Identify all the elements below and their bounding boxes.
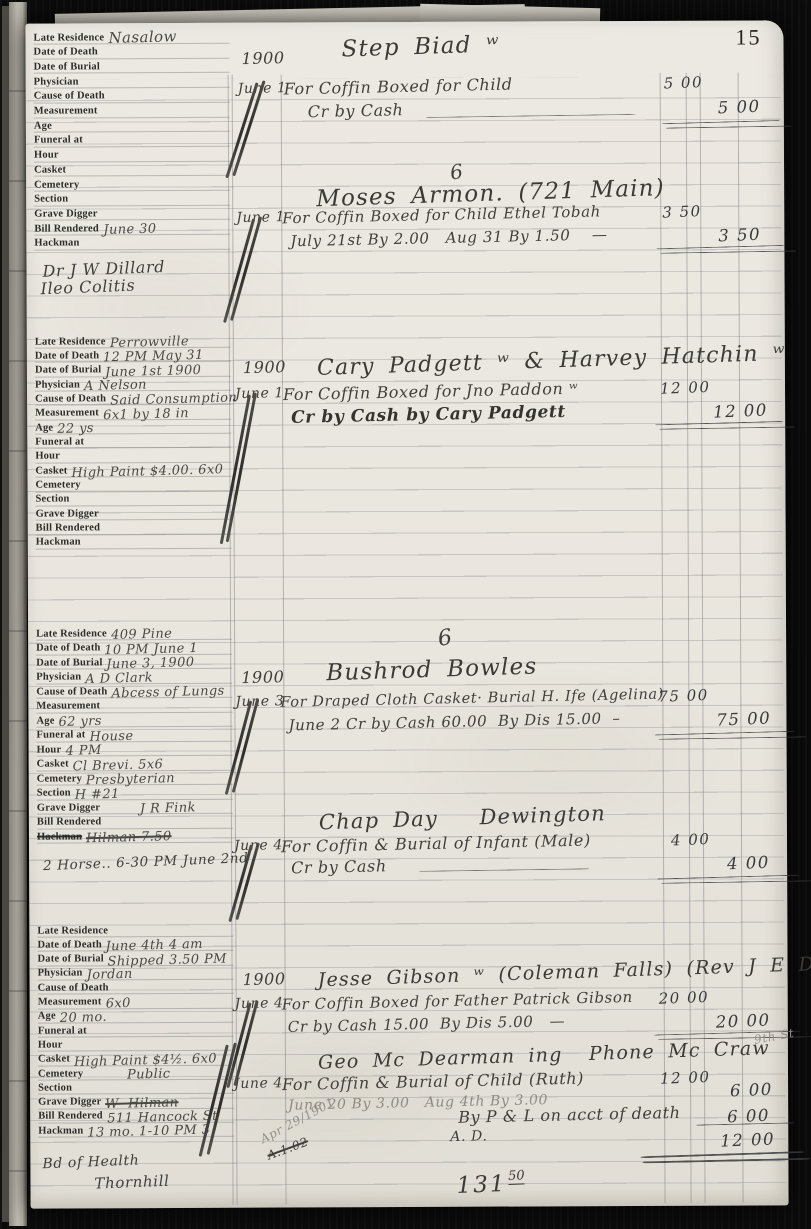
form-row: Hackman <box>34 236 230 251</box>
form-value: Nasalow <box>108 29 177 46</box>
form-row: Late ResidenceNasalow <box>33 30 229 45</box>
form-label: Hackman <box>36 538 81 549</box>
form-row: Age <box>34 118 230 133</box>
form-value: Hilman 7.50 <box>86 830 172 845</box>
form-row: Hackman <box>36 535 232 550</box>
sum-rule <box>655 421 783 425</box>
form-label: Date of Death <box>34 48 98 59</box>
debit-amount: 75 00 <box>658 688 709 705</box>
form-row: Date of Burial <box>34 59 230 74</box>
form-label: Funeral at <box>37 730 86 741</box>
form-label: Cause of Death <box>34 92 105 103</box>
entry-year: 1900 <box>242 971 285 988</box>
form-row: PhysicianA D Clark <box>36 669 232 684</box>
debit-amount: 12 00 <box>660 1070 711 1087</box>
form-label: Date of Death <box>36 643 100 654</box>
form-label: Bill Rendered <box>34 224 99 235</box>
entry-description: For Coffin Boxed for Child Ethel Tobah <box>282 204 601 226</box>
form-label: Hour <box>37 745 62 756</box>
form-row: Age62 yrs <box>36 713 232 728</box>
form-row: Late Residence <box>37 923 233 938</box>
form-row: Bill Rendered511 Hancock St <box>38 1109 234 1124</box>
form-label: Cause of Death <box>35 394 106 405</box>
form-row: Funeral atHouse <box>36 727 232 742</box>
form-label: Measurement <box>34 106 98 117</box>
entry-description: For Coffin & Burial of Child (Ruth) <box>282 1071 584 1094</box>
credit-amount: 6 00 <box>730 1082 773 1100</box>
form-label: Physician <box>38 969 83 980</box>
credit-amount: 4 00 <box>727 855 770 873</box>
debit-amount: 3 50 <box>662 204 702 221</box>
form-row: Cause of DeathSaid Consumption <box>35 391 231 406</box>
form-label: Date of Burial <box>34 62 100 73</box>
form-label: Bill Rendered <box>37 817 102 828</box>
form-row: Funeral at <box>34 133 230 148</box>
credit-amount: 12 00 <box>720 1131 775 1150</box>
form-row: Age20 mo. <box>38 1009 234 1024</box>
form-row: Date of BurialJune 3, 1900 <box>36 655 232 670</box>
form-label: Date of Death <box>37 940 101 951</box>
credit-amount: 3 50 <box>718 227 761 245</box>
entry-date: June 4 <box>234 1076 283 1091</box>
entry-name: Cary Padgett ʷ & Harvey Hatchin ʷ <box>317 343 787 380</box>
form-row: Cemetery <box>35 477 231 492</box>
entry-description: June 2 Cr by Cash 60.00 By Dis 15.00 – <box>288 711 620 733</box>
form-label: Hackman <box>38 1126 83 1137</box>
form-row: Measurement6x0 <box>38 994 234 1009</box>
extra-note: Ileo Colitis <box>40 278 135 298</box>
form-label: Grave Digger <box>36 509 99 520</box>
form-row: Grave DiggerJ R Fink <box>37 800 233 815</box>
form-label: Measurement <box>38 997 102 1008</box>
form-label: Hour <box>38 1040 63 1051</box>
sum-rule <box>660 250 796 253</box>
debit-amount: 5 00 <box>663 75 703 92</box>
footer-total: 13150 <box>456 1168 525 1199</box>
form-label: Funeral at <box>34 136 83 147</box>
form-label: Section <box>35 495 69 506</box>
credit-amount: 20 00 <box>715 1012 770 1031</box>
form-label: Age <box>34 121 52 132</box>
form-row: Funeral at <box>38 1023 234 1038</box>
form-label: Late Residence <box>35 337 106 348</box>
form-row: Late ResidencePerrowville <box>35 334 231 349</box>
form-value: 4 PM <box>65 744 101 758</box>
form-label: Cemetery <box>37 774 82 785</box>
entry-description: Cr by Cash by Cary Padgett <box>291 404 566 427</box>
form-row: Cemetery <box>34 177 230 192</box>
entry-description: For Coffin & Burial of Infant (Male) <box>281 832 591 855</box>
form-label: Physician <box>36 672 81 683</box>
form-row: PhysicianA Nelson <box>35 377 231 392</box>
form-label: Measurement <box>35 409 99 420</box>
credit-amount: 12 00 <box>713 402 768 421</box>
form-row: HackmanHilman 7.50 <box>37 829 233 844</box>
form-label: Casket <box>37 759 69 770</box>
extra-note: Thornhill <box>94 1174 170 1192</box>
form-row: CasketCl Brevi. 5x6 <box>37 756 233 771</box>
sum-rule <box>666 125 792 128</box>
form-label: Funeral at <box>38 1026 87 1037</box>
form-row: Date of DeathJune 4th 4 am <box>37 937 233 952</box>
entry-description: Cr by Cash <box>308 102 404 120</box>
form-row: Date of Death12 PM May 31 <box>35 348 231 363</box>
form-row: Section <box>38 1080 234 1095</box>
sum-rule <box>656 245 784 249</box>
form-label: Cemetery <box>34 180 79 191</box>
form-label: Section <box>34 195 68 206</box>
form-row: Late Residence409 Pine <box>36 626 232 641</box>
form-label: Age <box>38 1012 56 1023</box>
form-row: Hour <box>35 449 231 464</box>
form-row: Cause of Death <box>34 89 230 104</box>
credit-amount: 75 00 <box>716 710 771 729</box>
form-label: Cause of Death <box>36 687 107 698</box>
form-row: PhysicianJordan <box>38 966 234 981</box>
slash-mark <box>230 216 262 321</box>
form-label: Hackman <box>37 832 82 843</box>
form-row: Grave DiggerW Hilman <box>38 1094 234 1109</box>
form-label: Date of Death <box>35 351 99 362</box>
form-row: Measurement <box>34 103 230 118</box>
form-row: Age22 ys <box>35 420 231 435</box>
entry-name: Chap Day Dewington <box>319 803 607 833</box>
form-label: Age <box>36 716 54 727</box>
entry-date: June 1 <box>235 386 284 401</box>
form-label: Grave Digger <box>37 803 100 814</box>
form-row: Bill RenderedJune 30 <box>34 221 230 236</box>
sum-rule <box>661 880 811 883</box>
form-label: Date of Burial <box>37 954 103 965</box>
footer-total-main: 131 <box>456 1171 507 1199</box>
form-row: Cause of Death <box>38 980 234 995</box>
sum-rule <box>662 120 780 124</box>
ledger-page: 15 13150 Late ResidenceNasalowDate of De… <box>25 20 788 1208</box>
form-value: 62 yrs <box>58 715 102 729</box>
entry-description: Cr by Cash <box>291 858 387 876</box>
entry-name: Bushrod Bowles <box>326 655 538 685</box>
form-row: Measurement6x1 by 18 in <box>35 406 231 421</box>
form-label: Hour <box>34 151 59 162</box>
form-value: June 30 <box>103 223 156 237</box>
form-row: Section <box>35 492 231 507</box>
form-value: 13 mo. 1-10 PM 3 <box>87 1124 210 1140</box>
entry-description: Cr by Cash 15.00 By Dis 5.00 — <box>288 1014 566 1035</box>
form-label: Cemetery <box>38 1069 83 1080</box>
form-label: Funeral at <box>35 437 84 448</box>
form-row: Date of BurialShipped 3.50 PM <box>37 951 233 966</box>
form-label: Grave Digger <box>34 209 97 220</box>
entry-year: 1900 <box>241 669 284 686</box>
form-label: Hour <box>35 452 60 463</box>
entry-description: For Coffin Boxed for Father Patrick Gibs… <box>282 990 633 1013</box>
sum-rule <box>659 426 795 429</box>
entry-description: For Coffin Boxed for Child <box>284 77 513 98</box>
form-label: Late Residence <box>37 926 108 937</box>
form-row: CemeteryPublic <box>38 1066 234 1081</box>
form-label: Physician <box>34 77 79 88</box>
form-label: Late Residence <box>33 33 104 44</box>
form-label: Hackman <box>34 239 79 250</box>
form-label: Physician <box>35 380 80 391</box>
extra-note: Bd of Health <box>42 1153 139 1171</box>
form-row: Bill Rendered <box>37 814 233 829</box>
binding-page-strip <box>9 2 27 1226</box>
form-label: Date of Burial <box>35 366 101 377</box>
entry-description: For Coffin Boxed for Jno Paddon ʷ <box>283 381 579 403</box>
flourish-dash <box>419 868 589 872</box>
sum-rule <box>659 736 807 739</box>
sum-rule <box>655 731 795 736</box>
entry-date: June 3 <box>235 694 284 709</box>
sum-rule <box>657 875 799 880</box>
form-label: Cause of Death <box>38 983 109 994</box>
form-label: Section <box>37 788 71 799</box>
sum-rule <box>642 1158 810 1164</box>
form-row: CemeteryPresbyterian <box>37 771 233 786</box>
form-label: Casket <box>35 466 67 477</box>
form-row: Grave Digger <box>36 506 232 521</box>
entry-description: July 21st By 2.00 Aug 31 By 1.50 — <box>290 227 607 249</box>
form-label: Grave Digger <box>38 1097 101 1108</box>
form-value: House <box>89 729 133 743</box>
form-label: Section <box>38 1083 72 1094</box>
entry-date: June 4 <box>235 996 284 1011</box>
form-row: Bill Rendered <box>36 520 232 535</box>
form-row: Date of Death10 PM June 1 <box>36 640 232 655</box>
flourish-dash <box>426 114 636 118</box>
form-label: Measurement <box>36 701 100 712</box>
entry-name: Jesse Gibson ʷ (Coleman Falls) (Rev J E … <box>317 953 811 990</box>
form-row: Casket <box>34 162 230 177</box>
form-label: Late Residence <box>36 629 107 640</box>
form-label: Age <box>35 423 53 434</box>
form-label: Cemetery <box>35 480 80 491</box>
debit-amount: 12 00 <box>660 380 711 397</box>
form-label: Casket <box>38 1055 70 1066</box>
form-row: Grave Digger <box>34 206 230 221</box>
form-row: Section <box>34 191 230 206</box>
entry-description: A. D. <box>450 1129 487 1144</box>
form-row: Date of Death <box>34 44 230 59</box>
page-number: 15 <box>735 24 761 50</box>
form-row: Cause of DeathAbcess of Lungs <box>36 684 232 699</box>
form-row: Measurement <box>36 698 232 713</box>
form-row: Funeral at <box>35 434 231 449</box>
form-label: Bill Rendered <box>38 1112 103 1123</box>
form-label: Casket <box>34 165 66 176</box>
entry-description: For Draped Cloth Casket· Burial H. Ife (… <box>280 688 664 711</box>
extra-note: 2 Horse.. 6-30 PM June 2nd <box>43 852 249 874</box>
entry-year: 1900 <box>243 359 286 376</box>
form-row: Hour <box>38 1037 234 1052</box>
form-row: SectionH #21 <box>37 785 233 800</box>
debit-amount: 20 00 <box>658 990 709 1007</box>
form-label: Date of Burial <box>36 658 102 669</box>
footer-total-sup: 50 <box>508 1168 525 1185</box>
flourish-mark: 6 <box>437 627 455 651</box>
credit-amount: 5 00 <box>717 99 760 117</box>
flourish-mark: 6 <box>449 161 465 183</box>
column-rule <box>281 75 287 1205</box>
form-label: Bill Rendered <box>36 523 101 534</box>
form-row: Hour4 PM <box>37 742 233 757</box>
form-row: Date of BurialJune 1st 1900 <box>35 362 231 377</box>
debit-amount: 4 00 <box>671 832 711 849</box>
form-row: Physician <box>34 74 230 89</box>
entry-year: 1900 <box>241 50 284 67</box>
form-row: Hour <box>34 147 230 162</box>
entry-description: By P & L on acct of death <box>458 1105 681 1126</box>
entry-name: Step Biad ʷ <box>341 33 500 61</box>
form-row: CasketHigh Paint $4.00. 6x0 <box>35 463 231 478</box>
form-row: CasketHigh Paint $4½. 6x0 <box>38 1051 234 1066</box>
